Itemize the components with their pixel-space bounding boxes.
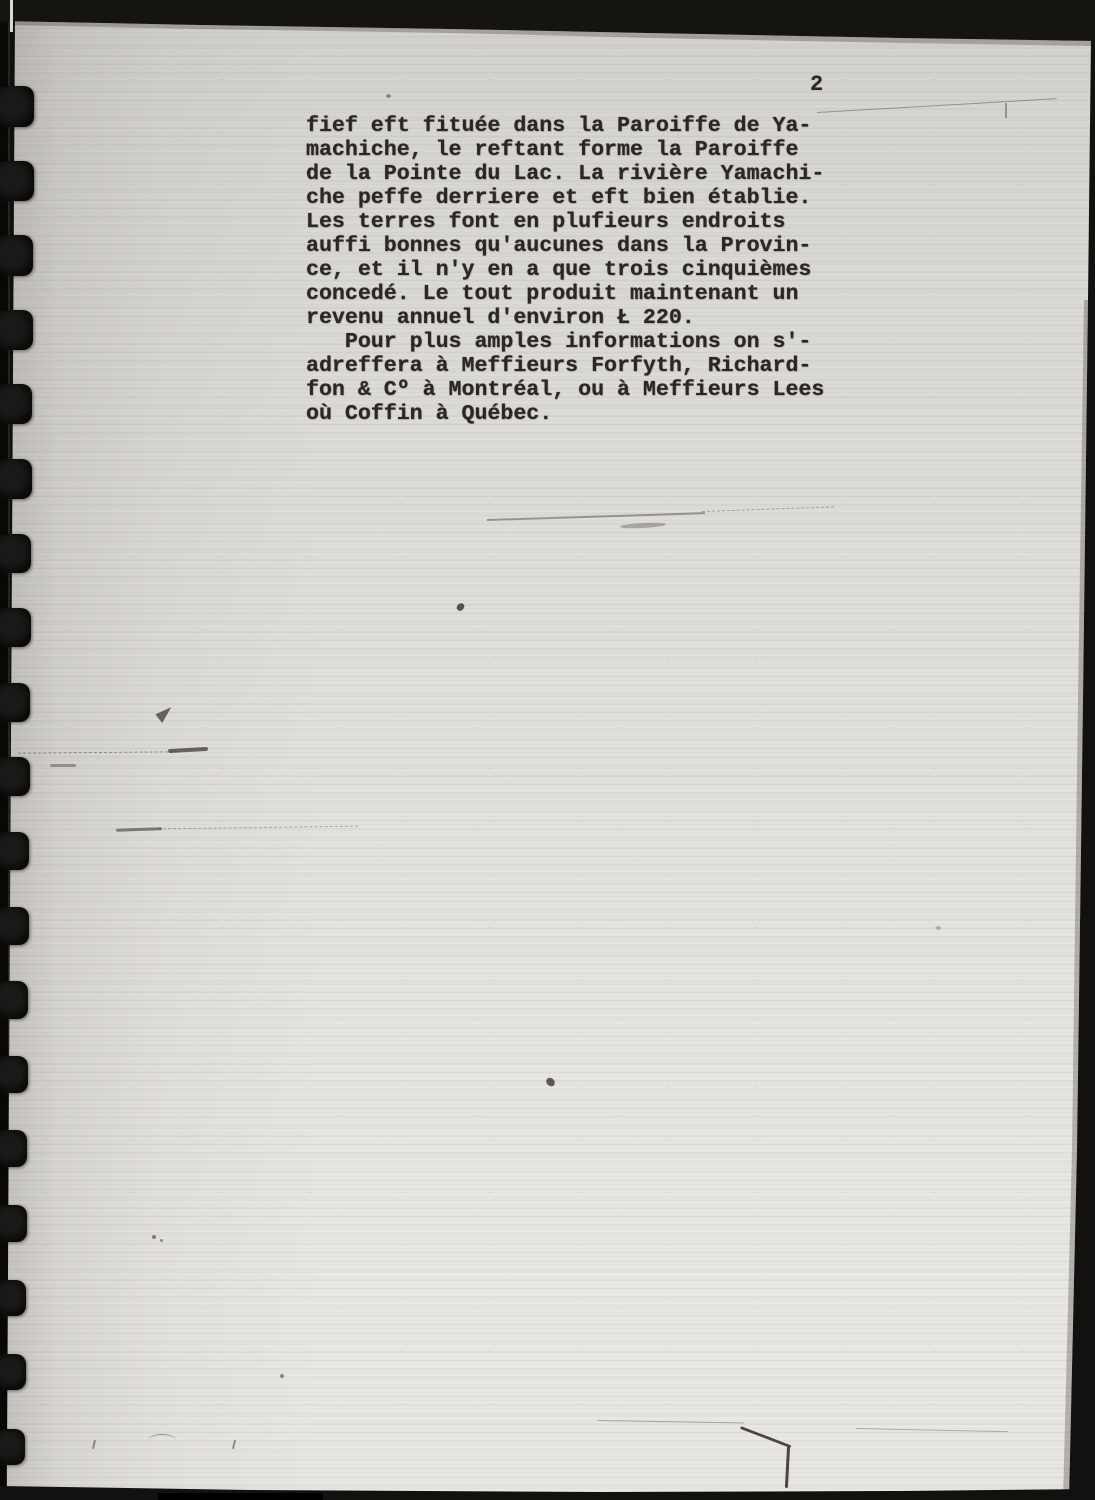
scratch-mark <box>116 827 162 832</box>
scratch-mark <box>817 98 1057 113</box>
page-number: 2 <box>810 72 823 97</box>
scratch-mark <box>18 751 178 753</box>
binding-tab <box>0 534 31 573</box>
binding-tab <box>0 757 30 795</box>
scratch-mark <box>158 826 358 830</box>
paper-speck <box>152 1235 156 1239</box>
binding-tab <box>0 907 29 945</box>
smudge-mark <box>50 764 76 767</box>
scratch-mark <box>168 747 208 753</box>
text-line: machiche, le reftant forme la Paroiffe <box>306 138 824 162</box>
paper-speck <box>545 1077 556 1087</box>
binding-tab <box>0 832 29 870</box>
binding-tab <box>0 1056 28 1093</box>
binding-tab <box>0 1354 26 1390</box>
binding-tab <box>0 86 34 127</box>
binding-tab <box>0 161 34 202</box>
binding-tab <box>0 235 33 275</box>
text-line: ce, et il n'y en a que trois cinquièmes <box>306 258 824 282</box>
scratch-mark <box>1005 103 1007 118</box>
paper-speck <box>386 94 391 98</box>
scratch-mark <box>148 1434 176 1447</box>
binding-tab <box>0 683 30 722</box>
binding-tab <box>0 1205 27 1242</box>
text-line: fon & Cº à Montréal, ou à Meffieurs Lees <box>306 378 824 402</box>
scratch-mark <box>232 1440 236 1449</box>
text-line: où Coffin à Québec. <box>306 402 824 426</box>
pen-scratch <box>785 1446 790 1488</box>
text-line: revenu annuel d'environ Ł 220. <box>306 306 824 330</box>
text-line: auffi bonnes qu'aucunes dans la Provin- <box>306 234 824 258</box>
paper-speck <box>160 1239 163 1242</box>
scratch-mark <box>702 506 834 512</box>
binding-tab <box>0 384 32 424</box>
binding-tab <box>0 459 32 499</box>
binding-tab <box>0 310 33 350</box>
text-line: che peffe derriere et eft bien établie. <box>306 186 824 210</box>
paper-speck <box>456 602 466 612</box>
pen-scratch <box>740 1426 791 1448</box>
scan-edge-highlight <box>10 0 13 32</box>
scanned-document-page: 2 fief eft fituée dans la Paroiffe de Ya… <box>0 0 1095 1500</box>
binding-tab <box>0 1429 25 1465</box>
text-line: fief eft fituée dans la Paroiffe de Ya- <box>306 114 824 138</box>
text-line: Pour plus amples informations on s'- <box>306 330 824 354</box>
scratch-mark <box>856 1428 1008 1432</box>
scratch-mark <box>487 512 705 521</box>
text-line: Les terres font en plufieurs endroits <box>306 210 824 234</box>
smudge-mark <box>620 522 666 529</box>
document-text-block: fief eft fituée dans la Paroiffe de Ya- … <box>306 114 824 426</box>
paper-speck <box>92 1440 96 1449</box>
binding-tab <box>0 981 28 1019</box>
text-line: concedé. Le tout produit maintenant un <box>306 282 824 306</box>
binding-tab <box>0 608 31 647</box>
ink-blot <box>155 704 175 723</box>
scratch-mark <box>598 1420 744 1424</box>
text-line: adreffera à Meffieurs Forfyth, Richard- <box>306 354 824 378</box>
binding-tab <box>0 1280 26 1317</box>
binding-tab <box>0 1130 27 1167</box>
paper-speck <box>280 1374 284 1378</box>
text-line: de la Pointe du Lac. La rivière Yamachi- <box>306 162 824 186</box>
paper-speck <box>936 926 941 930</box>
